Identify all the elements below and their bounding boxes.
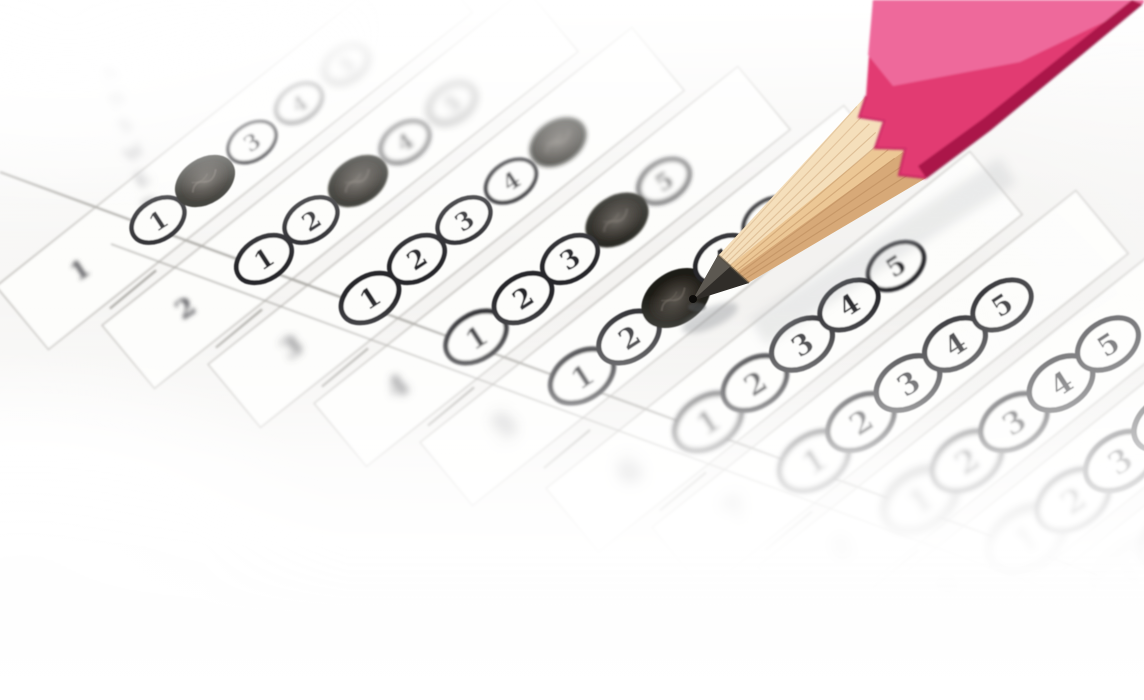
answer-sheet-photo-scene: ANSWER 5678910155341121424511223 3411525…	[0, 0, 1144, 700]
pencil	[0, 0, 1144, 700]
